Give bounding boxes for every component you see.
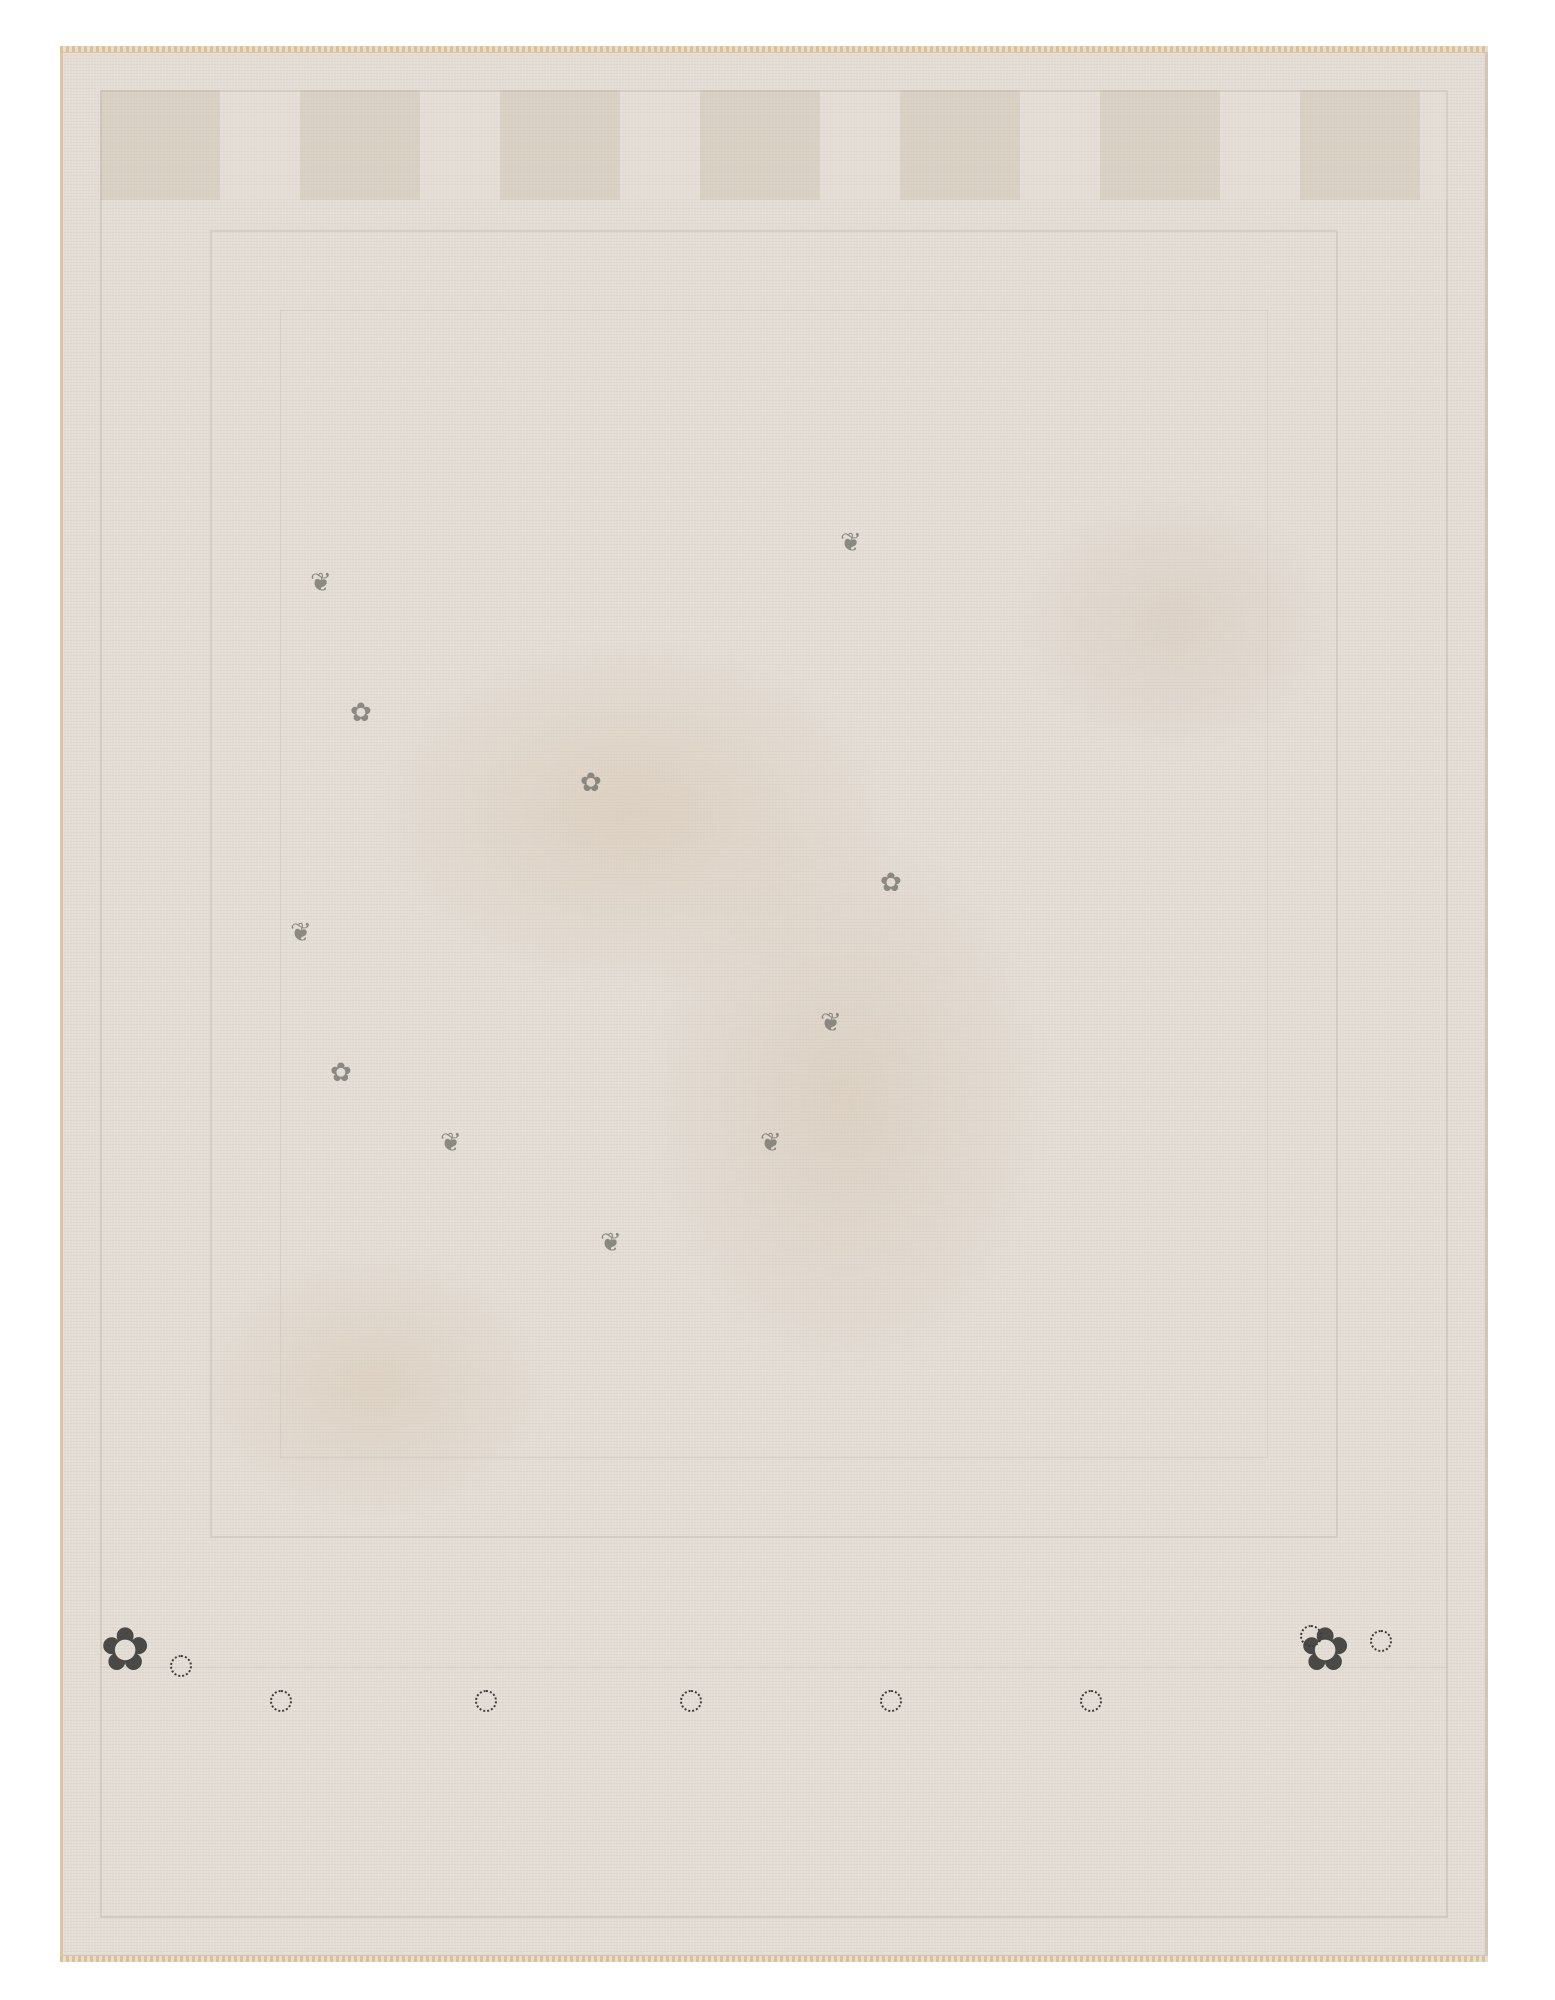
leaf-motif-icon: ❦ xyxy=(760,1130,782,1156)
rosette-motif-icon xyxy=(1080,1690,1102,1712)
leaf-motif-icon: ❦ xyxy=(290,920,312,946)
rug-center-field xyxy=(280,310,1268,1458)
rosette-motif-icon xyxy=(475,1690,497,1712)
sprig-motif-icon: ✿ xyxy=(880,870,902,896)
rosette-motif-icon xyxy=(170,1655,192,1677)
leaf-motif-icon: ❦ xyxy=(600,1230,622,1256)
rug-fringe-top xyxy=(60,46,1488,52)
leaf-motif-icon: ❦ xyxy=(440,1130,462,1156)
floral-corner-motif-icon: ✿ xyxy=(100,1620,150,1680)
rosette-motif-icon xyxy=(1370,1630,1392,1652)
rug-top-border-band xyxy=(100,90,1448,200)
leaf-motif-icon: ❦ xyxy=(310,570,332,596)
rug-image: ❦ ❦ ✿ ✿ ❦ ❦ ✿ ✿ ❦ ❦ ❦ ✿ ✿ xyxy=(60,50,1488,1958)
rug-fringe-bottom xyxy=(60,1956,1488,1962)
rosette-motif-icon xyxy=(1300,1625,1322,1647)
sprig-motif-icon: ✿ xyxy=(580,770,602,796)
rosette-motif-icon xyxy=(880,1690,902,1712)
leaf-motif-icon: ❦ xyxy=(840,530,862,556)
sprig-motif-icon: ✿ xyxy=(330,1060,352,1086)
sprig-motif-icon: ✿ xyxy=(350,700,372,726)
rosette-motif-icon xyxy=(680,1690,702,1712)
leaf-motif-icon: ❦ xyxy=(820,1010,842,1036)
rug-bottom-border-band xyxy=(100,1667,1448,1808)
rosette-motif-icon xyxy=(270,1690,292,1712)
